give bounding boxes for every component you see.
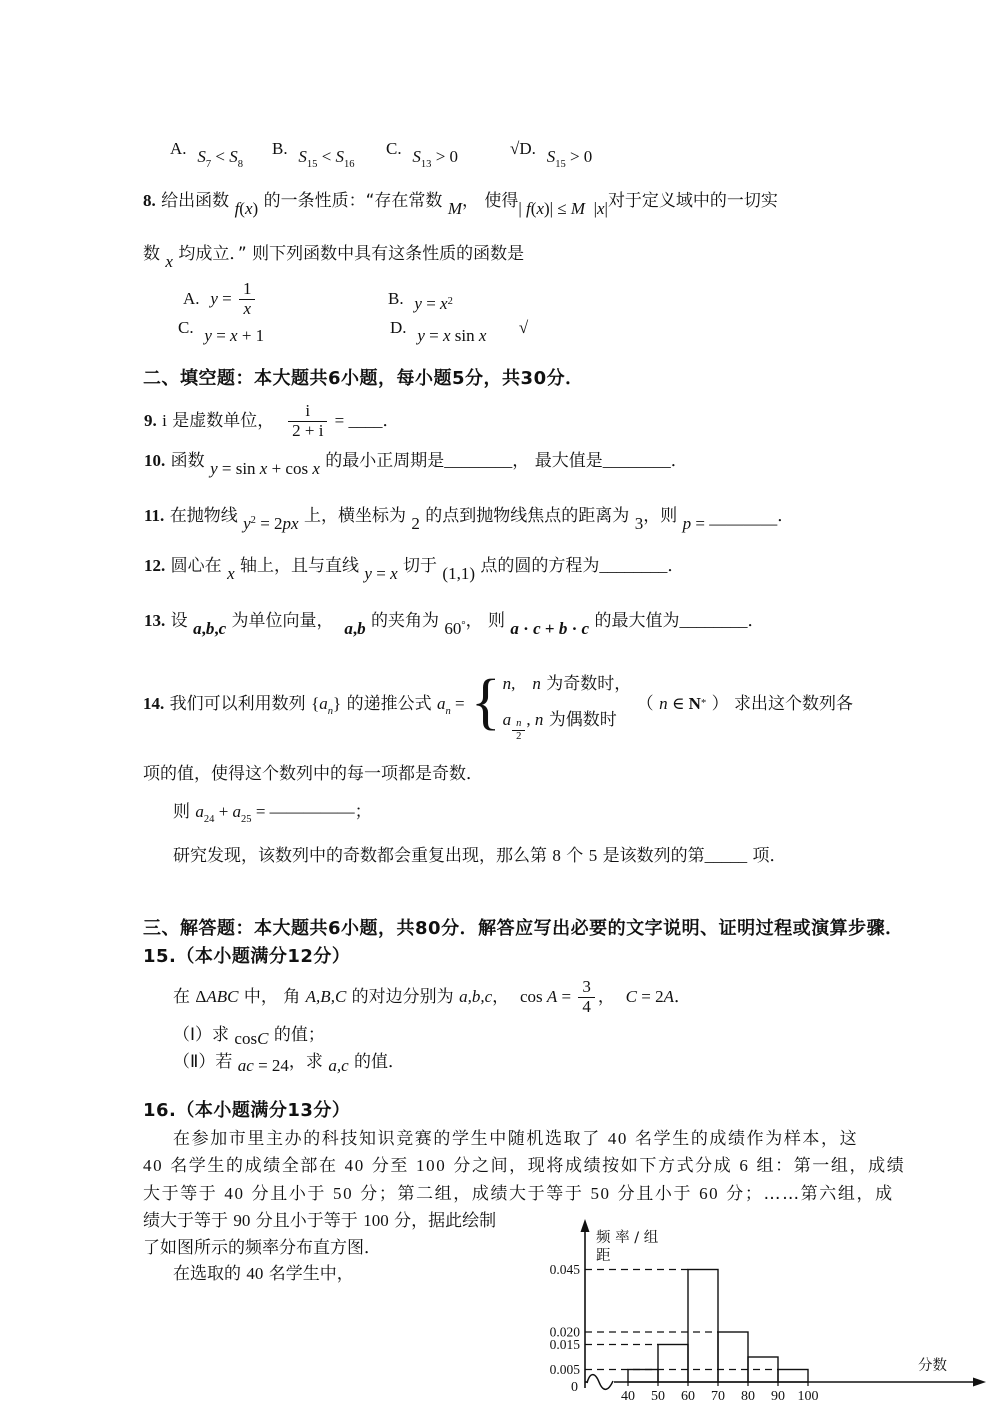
question-16-paragraph-line-1: 在参加市里主办的科技知识竞赛的学生中随机选取了 40 名学生的成绩作为样本，这 [173, 1126, 858, 1152]
svg-text:0: 0 [571, 1380, 578, 1395]
question-8-option-c: C. y = x + 1 [178, 315, 264, 341]
question-15-part-1: （Ⅰ）求 cosC 的值； [173, 1022, 325, 1048]
question-12: 12. 圆心在 x 轴上，且与直线 y = x 切于 (1,1) 点的圆的方程为… [144, 553, 684, 579]
frequency-histogram: 4050607080901000.0050.0150.0200.0450频 率 … [540, 1212, 1000, 1412]
svg-text:0.045: 0.045 [550, 1262, 581, 1277]
question-15-heading: 15.（本小题满分12分） [143, 944, 350, 970]
question-14-line-1: 14. 我们可以利用数列 {an} 的递推公式 an = {n, n 为奇数时，… [143, 658, 853, 750]
question-16-paragraph-line-3: 大于等于 40 分且小于 50 分；第二组，成绩大于等于 50 分且小于 60 … [143, 1181, 894, 1207]
question-7-option-d-checked: √D. S15 > 0 [510, 136, 592, 170]
svg-text:40: 40 [621, 1389, 635, 1404]
question-16-paragraph-line-6: 在选取的 40 名学生中， [173, 1261, 354, 1287]
question-16-paragraph-line-5: 了如图所示的频率分布直方图． [143, 1235, 381, 1261]
svg-text:分数: 分数 [918, 1357, 947, 1374]
svg-text:100: 100 [798, 1389, 819, 1404]
svg-text:50: 50 [651, 1389, 665, 1404]
question-14-line-2: 项的值，使得这个数列中的每一项都是奇数． [143, 761, 483, 787]
section-3-heading: 三、解答题：本大题共6小题，共80分．解答应写出必要的文字说明、证明过程或演算步… [143, 916, 904, 942]
question-9: 9. i 是虚数单位， i2 + i = ____． [144, 394, 400, 448]
question-15-part-2: （Ⅱ）若 ac = 24，求 a,c 的值． [173, 1049, 405, 1075]
question-8-text-line-1: 8. 给出函数 f(x) 的一条性质：“存在常数 M， 使得| f(x)| ≤ … [143, 188, 778, 214]
svg-text:频 率 / 组: 频 率 / 组 [596, 1229, 659, 1246]
svg-text:60: 60 [681, 1389, 695, 1404]
question-14-line-4: 研究发现，该数列中的奇数都会重复出现，那么第 8 个 5 是该数列的第_____… [173, 843, 787, 869]
svg-text:70: 70 [711, 1389, 725, 1404]
question-8-option-d-checked: D. y = x sin x √ [390, 315, 528, 341]
svg-text:90: 90 [771, 1389, 785, 1404]
exam-paper-page: A. S7 < S8 B. S15 < S16 C. S13 > 0 √D. S… [0, 0, 1000, 1415]
question-16-heading: 16.（本小题满分13分） [143, 1098, 350, 1124]
question-10: 10. 函数 y = sin x + cos x 的最小正周期是________… [144, 448, 688, 474]
section-2-heading: 二、填空题：本大题共6小题，每小题5分，共30分． [143, 366, 584, 392]
question-7-option-c: C. S13 > 0 [386, 136, 458, 170]
question-7-option-a: A. S7 < S8 [170, 136, 243, 170]
question-13: 13. 设 a,b,c 为单位向量， a,b 的夹角为 60°， 则 a · c… [144, 605, 764, 634]
svg-text:0.020: 0.020 [550, 1325, 581, 1340]
question-14-blank-line: 则 a24 + a25 = —————； [173, 788, 372, 836]
svg-text:距: 距 [596, 1247, 611, 1264]
svg-text:0.005: 0.005 [550, 1362, 581, 1377]
question-7-option-b: B. S15 < S16 [272, 136, 355, 170]
question-16-paragraph-line-4: 绩大于等于 90 分且小于等于 100 分，据此绘制 [143, 1208, 496, 1234]
svg-text:80: 80 [741, 1389, 755, 1404]
question-11: 11. 在抛物线 y2 = 2px 上，横坐标为 2 的点到抛物线焦点的距离为 … [144, 500, 794, 529]
question-16-paragraph-line-2: 40 名学生的成绩全部在 40 分至 100 分之间，现将成绩按如下方式分成 6… [143, 1153, 905, 1179]
frequency-histogram-container: 4050607080901000.0050.0150.0200.0450频 率 … [540, 1212, 1000, 1412]
question-15-body: 在 ΔABC 中， 角 A,B,C 的对边分别为 a,b,c， cos A = … [173, 968, 691, 1026]
